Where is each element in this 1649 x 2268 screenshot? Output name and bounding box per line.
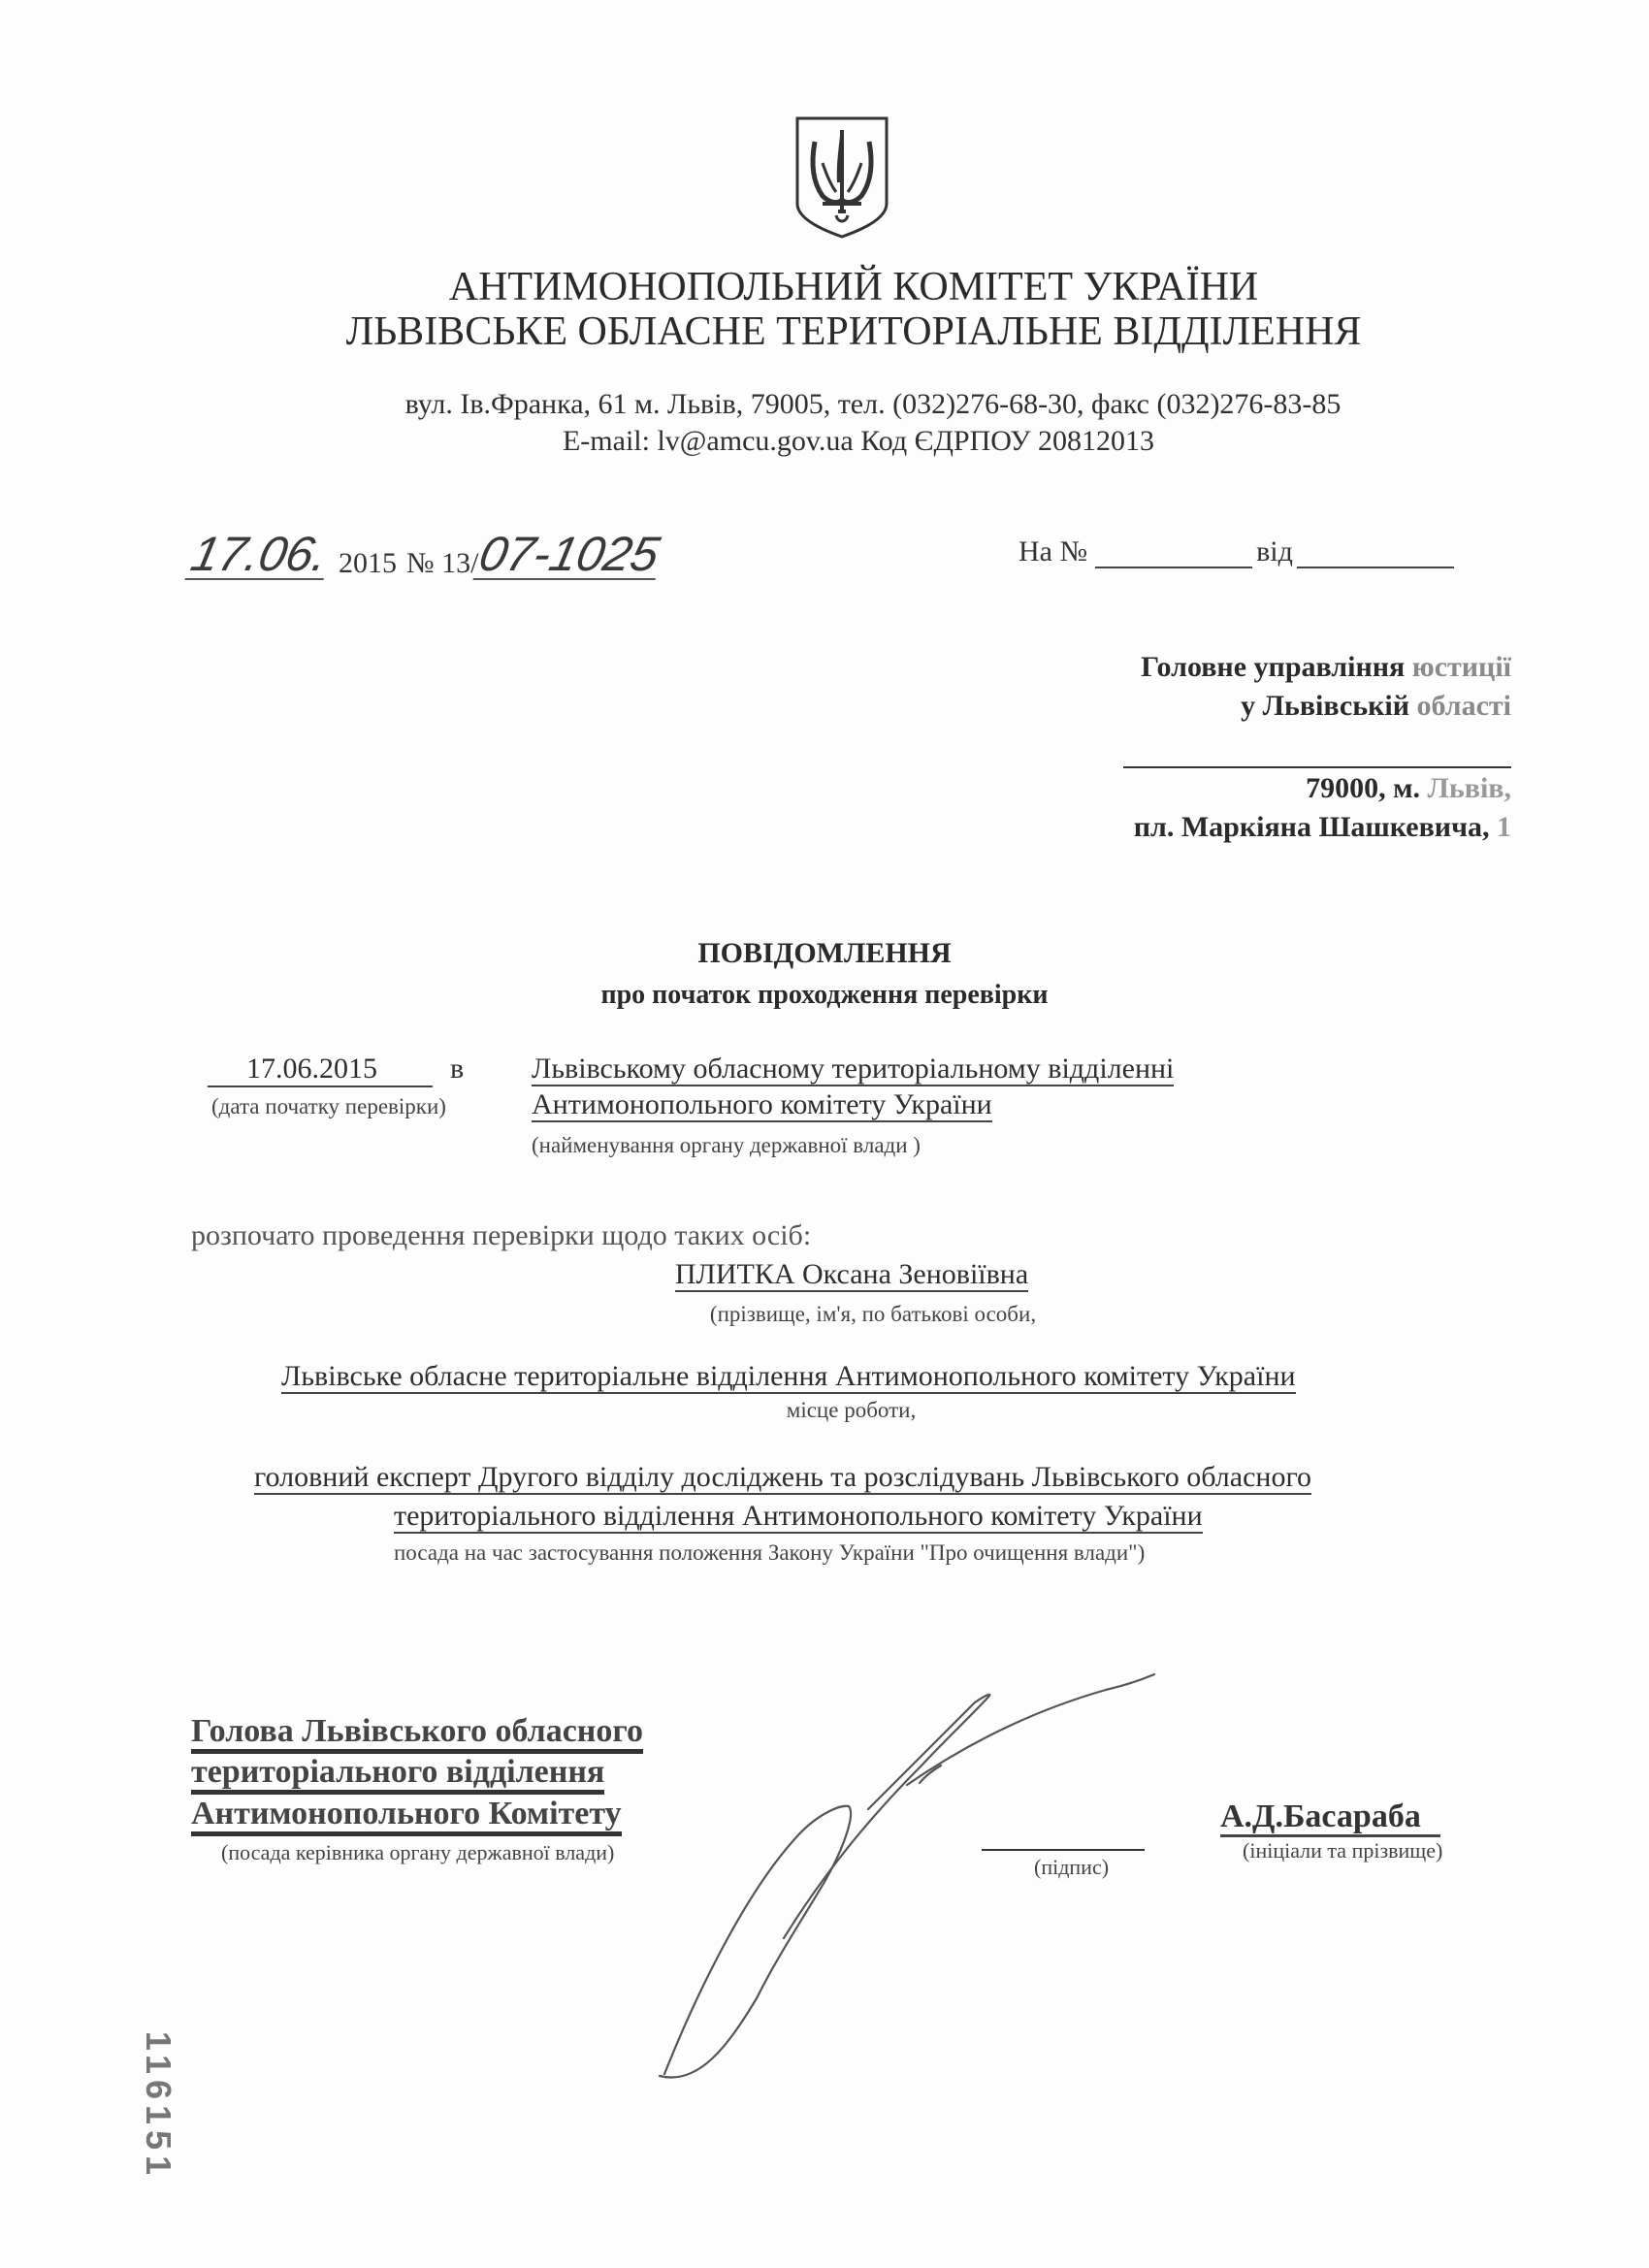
check-start-date: 17.06.2015в xyxy=(208,1053,499,1087)
org-department: ЛЬВІВСЬКЕ ОБЛАСНЕ ТЕРИТОРІАЛЬНЕ ВІДДІЛЕН… xyxy=(29,308,1649,355)
signer-title-text: територіального відділення xyxy=(191,1756,604,1795)
started-text: розпочато проведення перевірки щодо таки… xyxy=(191,1219,811,1252)
start-date-caption: (дата початку перевірки) xyxy=(211,1094,446,1119)
authority-line-2: Антимонопольного комітету України xyxy=(532,1088,992,1122)
workplace-caption: місце роботи, xyxy=(0,1398,1649,1423)
addressee-divider xyxy=(1123,766,1511,768)
outgoing-number-prefix: № 13/ xyxy=(406,547,478,580)
authority-text: Львівському обласному територіальному ві… xyxy=(532,1053,1174,1086)
signature-caption: (підпис) xyxy=(1034,1855,1109,1880)
signer-title-line-3: Антимонопольного Комітету xyxy=(191,1798,622,1836)
person-name: ПЛИТКА Оксана Зеновіївна xyxy=(0,1258,1649,1292)
addressee-line: 1 xyxy=(1497,811,1511,843)
position-text: головний експерт Другого відділу дослідж… xyxy=(254,1462,1311,1495)
signer-title-caption: (посада керівника органу державної влади… xyxy=(221,1840,614,1865)
workplace-caption-text: місце роботи, xyxy=(787,1398,916,1422)
signer-title-line-2: територіального відділення xyxy=(191,1756,604,1795)
in-word: в xyxy=(450,1053,464,1085)
handwritten-signature xyxy=(630,1649,1552,2192)
person-caption: (прізвище, ім'я, по батькові особи, xyxy=(0,1302,1649,1327)
org-name: АНТИМОНОПОЛЬНИЙ КОМІТЕТ УКРАЇНИ xyxy=(29,264,1649,310)
signer-name: А.Д.Басараба xyxy=(1220,1799,1440,1837)
addressee-line: області xyxy=(1417,690,1511,722)
trident-icon xyxy=(793,114,890,241)
authority-caption: (найменування органу державної влади ) xyxy=(532,1133,921,1158)
signer-title-text: Голова Львівського обласного xyxy=(191,1715,643,1754)
signer-title-line-1: Голова Львівського обласного xyxy=(191,1715,643,1754)
person-caption-text: (прізвище, ім'я, по батькові особи, xyxy=(710,1302,1036,1326)
authority-line-1: Львівському обласному територіальному ві… xyxy=(532,1053,1174,1086)
incoming-number-blank xyxy=(1095,539,1252,568)
outgoing-year: 2015 xyxy=(339,547,397,580)
incoming-date-blank xyxy=(1297,539,1454,568)
addressee-line: Львів, xyxy=(1428,772,1511,804)
workplace-text: Львівське обласне територіальне відділен… xyxy=(281,1361,1296,1394)
org-email-code: E-mail: lv@amcu.gov.ua Код ЄДРПОУ 208120… xyxy=(34,425,1649,458)
workplace: Львівське обласне територіальне відділен… xyxy=(281,1360,1296,1394)
addressee-line: юстиції xyxy=(1412,651,1511,683)
handwritten-number: 07-1025 xyxy=(473,530,666,580)
person-name-text: ПЛИТКА Оксана Зеновіївна xyxy=(675,1259,1028,1292)
outgoing-reference: 17.06. 2015 № 13/ 07-1025 xyxy=(190,522,661,580)
incoming-reference: На № від xyxy=(1018,535,1454,568)
addressee-line: у Львівській xyxy=(1241,690,1409,722)
registry-stamp: 116151 xyxy=(138,2031,178,2181)
position-line-2: територіального відділення Антимонопольн… xyxy=(394,1500,1203,1534)
addressee-line: 79000, м. xyxy=(1306,772,1420,804)
incoming-from-label: від xyxy=(1256,535,1293,568)
incoming-number-label: На № xyxy=(1018,535,1087,568)
addressee: Головне управління юстиції у Львівській … xyxy=(1141,648,1511,726)
org-address: вул. Ів.Франка, 61 м. Львів, 79005, тел.… xyxy=(48,388,1649,421)
signer-name-caption: (ініціали та прізвище) xyxy=(1243,1838,1442,1863)
start-date-value: 17.06.2015 xyxy=(208,1053,433,1087)
handwritten-date: 17.06. xyxy=(184,530,334,580)
addressee-line: пл. Маркіяна Шашкевича, xyxy=(1134,811,1490,843)
document-subtitle: про початок проходження перевірки xyxy=(0,980,1649,1011)
position-line-1: головний експерт Другого відділу дослідж… xyxy=(254,1461,1311,1495)
authority-text: Антимонопольного комітету України xyxy=(532,1089,992,1122)
position-caption: посада на час застосування положення Зак… xyxy=(394,1540,1145,1566)
addressee-line: Головне управління xyxy=(1141,651,1405,683)
document-title: ПОВІДОМЛЕННЯ xyxy=(0,937,1649,970)
position-text: територіального відділення Антимонопольн… xyxy=(394,1501,1203,1534)
addressee-address: 79000, м. Львів, пл. Маркіяна Шашкевича,… xyxy=(1134,769,1511,847)
signature-line xyxy=(982,1849,1145,1851)
signer-title-text: Антимонопольного Комітету xyxy=(191,1798,622,1836)
